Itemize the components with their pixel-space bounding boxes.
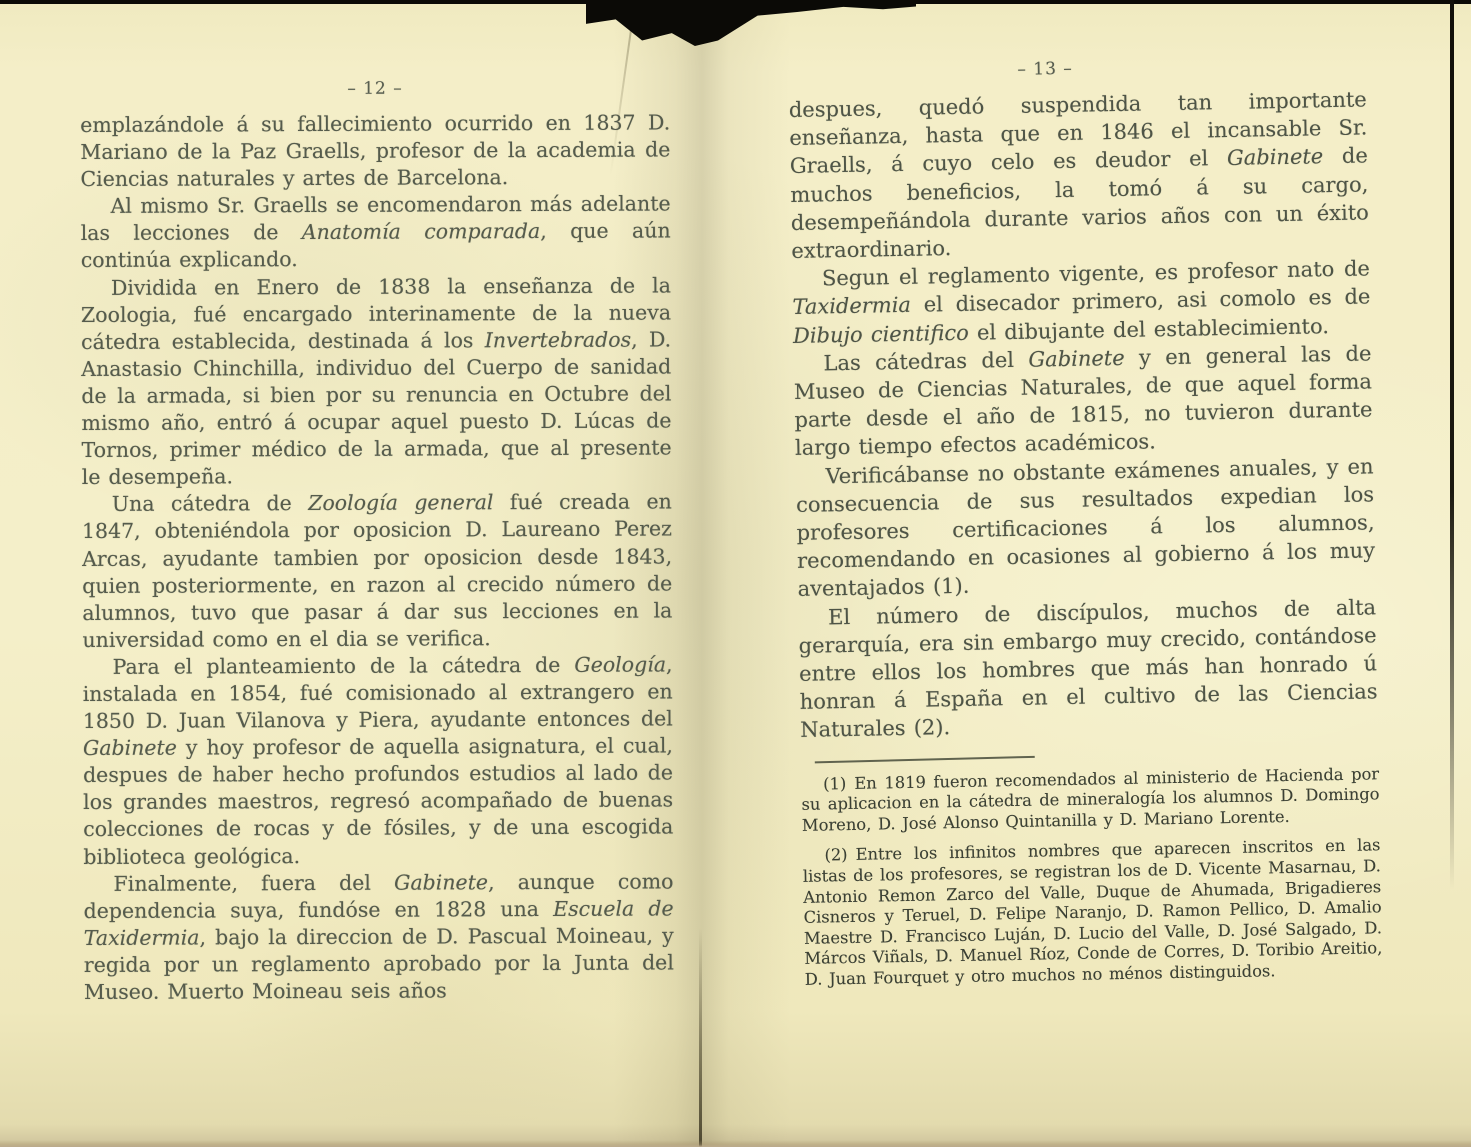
footnotes: (1) En 1819 fueron recomendados al minis… — [801, 764, 1383, 990]
text-run: Verificábanse no obstante exámenes anual… — [796, 454, 1375, 601]
text-run: Una cátedra de — [112, 491, 308, 516]
paragraph: Verificábanse no obstante exámenes anual… — [795, 452, 1375, 604]
gutter-crease-line — [699, 928, 702, 1147]
italic-text: Taxidermia — [792, 293, 911, 319]
paragraph: Finalmente, fuera del Gabinete, aunque c… — [83, 868, 674, 1006]
text-run: el dibujante del establecimiento. — [969, 314, 1330, 345]
text-run: Para el planteamiento de la cátedra de — [113, 653, 575, 679]
page-body: emplazándole á su fallecimiento ocurrido… — [80, 109, 674, 1006]
paragraph: Al mismo Sr. Graells se encomendaron más… — [80, 191, 670, 275]
page-number: – 12 – — [80, 77, 670, 100]
paragraph: Para el planteamiento de la cátedra de G… — [83, 651, 674, 870]
scan-bottom-edge — [0, 1140, 1471, 1147]
text-run: Las cátedras del — [823, 347, 1028, 375]
page-body: despues, quedó suspendida tan importante… — [789, 85, 1379, 744]
right-page: – 13 – despues, quedó suspendida tan imp… — [788, 53, 1383, 1000]
text-run: El número de discípulos, muchos de alta … — [798, 595, 1377, 742]
paragraph: Dividida en Enero de 1838 la enseñanza d… — [81, 272, 672, 491]
italic-text: Zoología general — [308, 491, 493, 516]
text-run: Finalmente, fuera del — [113, 870, 394, 895]
paragraph: Las cátedras del Gabinete y en general l… — [793, 339, 1373, 462]
text-run: emplazándole á su fallecimiento ocurrido… — [80, 110, 670, 191]
paragraph: (2) Entre los infinitos nombres que apar… — [802, 836, 1383, 991]
text-run: (1) En 1819 fueron recomendados al minis… — [801, 764, 1379, 835]
italic-text: Dibujo cientifico — [793, 320, 969, 347]
italic-text: Gabinete — [394, 870, 488, 894]
italic-text: Gabinete — [1028, 346, 1125, 372]
italic-text: Gabinete — [1227, 145, 1324, 171]
text-run: (2) Entre los infinitos nombres que apar… — [803, 836, 1383, 989]
italic-text: Anatomía comparada — [302, 219, 541, 244]
left-page: – 12 – emplazándole á su fallecimiento o… — [80, 77, 674, 1006]
footnote-rule — [815, 755, 1035, 763]
paragraph: (1) En 1819 fueron recomendados al minis… — [801, 764, 1380, 836]
text-run: el disecador primero, asi comolo es de — [911, 285, 1371, 317]
italic-text: Geología — [574, 652, 666, 676]
italic-text: Gabinete — [83, 736, 177, 760]
paragraph: El número de discípulos, muchos de alta … — [798, 593, 1378, 745]
paragraph: Una cátedra de Zoología general fué crea… — [82, 489, 673, 654]
page-edge-line — [1450, 0, 1454, 890]
book-scan: – 12 – emplazándole á su fallecimiento o… — [0, 0, 1471, 1147]
paragraph: Segun el reglamento vigente, es profesor… — [792, 255, 1371, 350]
italic-text: Invertebrados — [485, 327, 631, 352]
paragraph: despues, quedó suspendida tan importante… — [789, 85, 1370, 265]
paragraph: emplazándole á su fallecimiento ocurrido… — [80, 109, 670, 193]
